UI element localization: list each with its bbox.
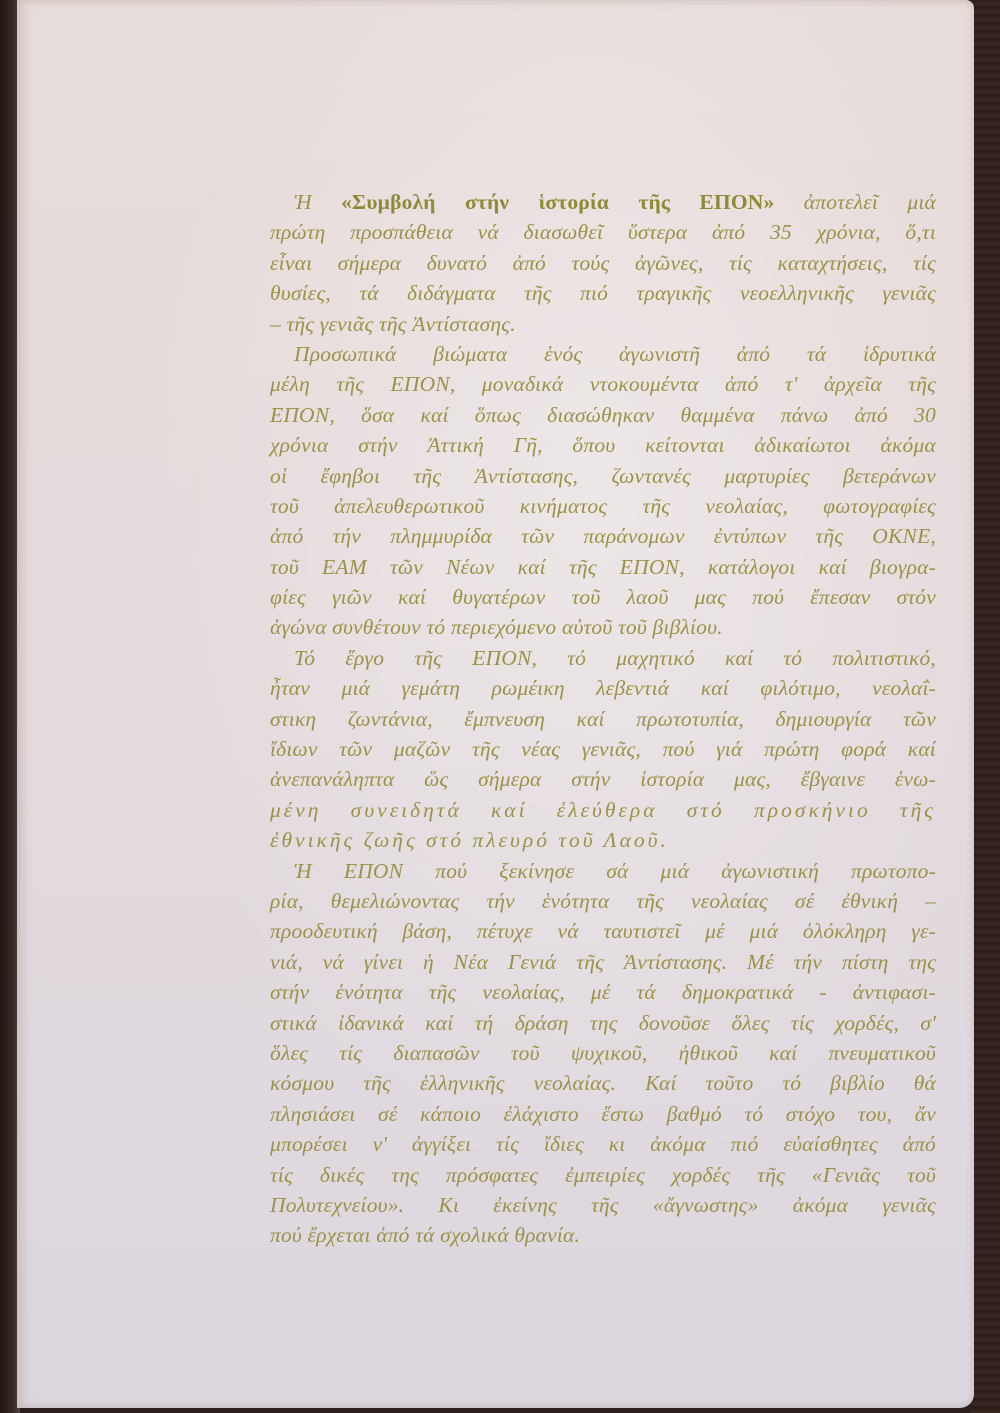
text-line: – τῆς γενιᾶς τῆς Ἀντίστασης. <box>270 309 936 339</box>
text-line: κόσμου τῆς ἑλληνικῆς νεολαίας. Καί τοῦτο… <box>270 1068 936 1098</box>
text-line: οἱ ἔφηβοι τῆς Ἀντίστασης, ζωντανές μαρτυ… <box>270 461 936 491</box>
text-line: μπορέσει ν' ἀγγίξει τίς ἴδιες κι ἀκόμα π… <box>270 1129 936 1159</box>
paragraph-1: Ἡ «Συμβολή στήν ἱστορία τῆς ΕΠΟΝ» ἀποτελ… <box>270 187 936 339</box>
text-line: χρόνια στήν Ἀττική Γῆ, ὅπου κείτονται ἀδ… <box>270 430 936 460</box>
blurb-text: Ἡ «Συμβολή στήν ἱστορία τῆς ΕΠΟΝ» ἀποτελ… <box>270 187 936 1251</box>
text-line: θυσίες, τά διδάγματα τῆς πιό τραγικῆς νε… <box>270 278 936 308</box>
text-line: τοῦ ἀπελευθερωτικοῦ κινήματος τῆς νεολαί… <box>270 491 936 521</box>
text-line: μένη συνειδητά καί ἐλεύθερα στό προσκήνι… <box>270 795 936 825</box>
line-prefix: Ἡ <box>294 190 341 214</box>
paragraph-3: Τό ἔργο τῆς ΕΠΟΝ, τό μαχητικό καί τό πολ… <box>270 643 936 856</box>
text-line: ρία, θεμελιώνοντας τήν ἑνότητα τῆς νεολα… <box>270 886 936 916</box>
text-line: Ἡ «Συμβολή στήν ἱστορία τῆς ΕΠΟΝ» ἀποτελ… <box>270 187 936 217</box>
text-line: πλησιάσει σέ κάποιο ἐλάχιστο ἔστω βαθμό … <box>270 1099 936 1129</box>
text-line: νιά, νά γίνει ἡ Νέα Γενιά τῆς Ἀντίστασης… <box>270 947 936 977</box>
text-line: μέλη τῆς ΕΠΟΝ, μοναδικά ντοκουμέντα ἀπό … <box>270 369 936 399</box>
text-line: στικη ζωντάνια, ἔμπνευση καί πρωτοτυπία,… <box>270 704 936 734</box>
text-line: εἶναι σήμερα δυνατό ἀπό τούς ἀγῶνες, τίς… <box>270 248 936 278</box>
text-line: φίες γιῶν καί θυγατέρων τοῦ λαοῦ μας πού… <box>270 582 936 612</box>
text-line: Προσωπικά βιώματα ἑνός ἀγωνιστῆ ἀπό τά ἱ… <box>270 339 936 369</box>
text-line: ΕΠΟΝ, ὅσα καί ὅπως διασώθηκαν θαμμένα πά… <box>270 400 936 430</box>
text-line: Ἡ ΕΠΟΝ πού ξεκίνησε σά μιά ἀγωνιστική πρ… <box>270 856 936 886</box>
text-line: Τό ἔργο τῆς ΕΠΟΝ, τό μαχητικό καί τό πολ… <box>270 643 936 673</box>
text-line: στήν ἑνότητα τῆς νεολαίας, μέ τά δημοκρα… <box>270 977 936 1007</box>
text-line: τίς δικές της πρόσφατες ἐμπειρίες χορδές… <box>270 1160 936 1190</box>
text-line: ἀγώνα συνθέτουν τό περιεχόμενο αὐτοῦ τοῦ… <box>270 612 936 642</box>
text-line: τοῦ ΕΑΜ τῶν Νέων καί τῆς ΕΠΟΝ, κατάλογοι… <box>270 552 936 582</box>
text-line: προοδευτική βάση, πέτυχε νά ταυτιστεῖ μέ… <box>270 916 936 946</box>
table-surface-right <box>970 0 1000 1413</box>
text-line: ἴδιων τῶν μαζῶν τῆς νέας γενιᾶς, πού γιά… <box>270 734 936 764</box>
text-line: ὅλες τίς διαπασῶν τοῦ ψυχικοῦ, ἠθικοῦ κα… <box>270 1038 936 1068</box>
book-back-cover: Ἡ «Συμβολή στήν ἱστορία τῆς ΕΠΟΝ» ἀποτελ… <box>17 0 974 1408</box>
paragraph-2: Προσωπικά βιώματα ἑνός ἀγωνιστῆ ἀπό τά ἱ… <box>270 339 936 643</box>
text-line: ἀπό τήν πλημμυρίδα τῶν παράνομων ἐντύπων… <box>270 521 936 551</box>
text-line: πρώτη προσπάθεια νά διασωθεῖ ὕστερα ἀπό … <box>270 217 936 247</box>
text-line: στικά ἰδανικά καί τή δράση της δονοῦσε ὅ… <box>270 1008 936 1038</box>
book-title: «Συμβολή στήν ἱστορία τῆς ΕΠΟΝ» <box>341 190 774 214</box>
text-line: ἐθνικῆς ζωῆς στό πλευρό τοῦ Λαοῦ. <box>270 825 936 855</box>
text-line: ἦταν μιά γεμάτη ρωμέικη λεβεντιά καί φιλ… <box>270 673 936 703</box>
text-line: Πολυτεχνείου». Κι ἐκείνης τῆς «ἄγνωστης»… <box>270 1190 936 1220</box>
text-line: ἀνεπανάληπτα ὥς σήμερα στήν ἱστορία μας,… <box>270 764 936 794</box>
paragraph-4: Ἡ ΕΠΟΝ πού ξεκίνησε σά μιά ἀγωνιστική πρ… <box>270 856 936 1251</box>
text-line: πού ἔρχεται ἀπό τά σχολικά θρανία. <box>270 1220 936 1250</box>
line-suffix: ἀποτελεῖ μιά <box>774 190 936 214</box>
